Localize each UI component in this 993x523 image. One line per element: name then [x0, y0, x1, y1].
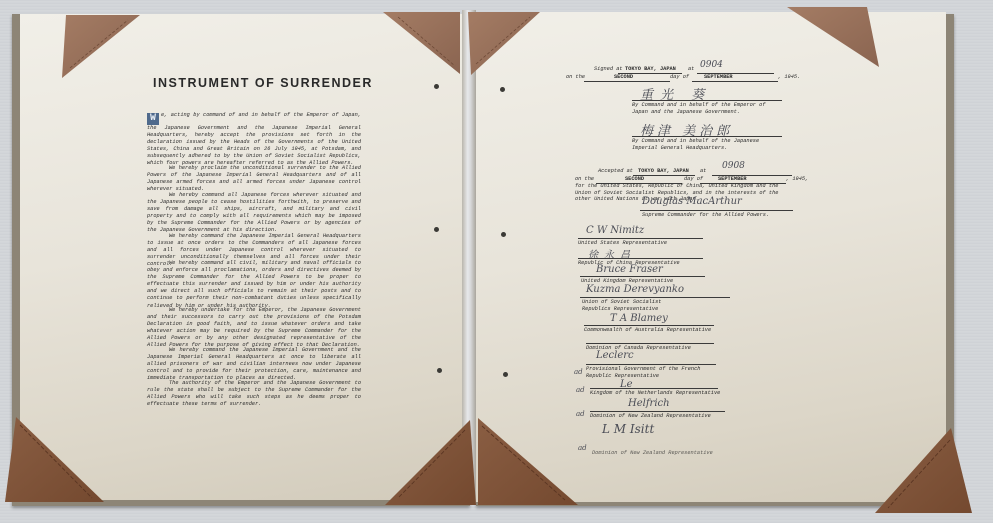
accepted-place: TOKYO BAY, JAPAN	[638, 168, 689, 174]
signed-day-of: day of	[670, 74, 689, 81]
accepted-day-of: day of	[684, 176, 703, 183]
signed-prefix: Signed at	[594, 66, 623, 73]
margin-mark: ad	[576, 386, 585, 394]
paragraph-proclaim: We hereby proclaim the unconditional sur…	[147, 165, 361, 193]
nz-rep-caption: Dominion of New Zealand Representative	[590, 413, 711, 420]
signature-line	[580, 297, 730, 298]
signed-time: 0904	[700, 60, 723, 70]
punch-hole	[434, 84, 439, 89]
signature-fraser: Bruce Fraser	[596, 264, 663, 275]
paragraph-potsdam: We hereby undertake for the Emperor, the…	[147, 307, 361, 350]
accepted-day: SECOND	[625, 176, 644, 182]
signed-day: SECOND	[614, 74, 633, 80]
accepted-on-the: on the	[575, 176, 594, 183]
accepted-month: SEPTEMBER	[718, 176, 747, 182]
signature-line	[586, 343, 714, 344]
paragraph-prisoners: We hereby command the Japanese Imperial …	[147, 347, 361, 382]
punch-hole	[503, 372, 508, 377]
signature-line	[632, 136, 782, 137]
signature-isitt: L M Isitt	[602, 422, 654, 436]
signature-line	[580, 276, 705, 277]
signature-line	[578, 258, 703, 259]
supreme-commander-caption: Supreme Commander for the Allied Powers.	[642, 212, 769, 219]
signature-helfrich: Helfrich	[628, 398, 670, 409]
signature-macarthur: Douglas MacArthur	[642, 196, 742, 207]
japan-signature-caption: By Command and in behalf of the Emperor …	[632, 102, 782, 115]
signed-month: SEPTEMBER	[704, 74, 733, 80]
australia-rep-caption: Commonwealth of Australia Representative	[584, 327, 711, 334]
punch-hole	[500, 87, 505, 92]
punch-hole	[501, 232, 506, 237]
signature-leclerc: Leclerc	[596, 350, 634, 361]
signed-at-label: at	[688, 66, 694, 73]
nz-rep-caption-handwritten: Dominion of New Zealand Representative	[592, 450, 713, 457]
margin-mark: ad	[574, 368, 583, 376]
accepted-time: 0908	[722, 161, 745, 171]
document-title: INSTRUMENT OF SURRENDER	[153, 76, 373, 90]
signature-derevyanko: Kuzma Derevyanko	[586, 284, 684, 295]
dropcap: W	[147, 113, 159, 125]
signed-place: TOKYO BAY, JAPAN	[625, 66, 676, 72]
accepted-prefix: Accepted at	[598, 168, 633, 175]
paragraph-cease-hostilities: We hereby command all Japanese forces wh…	[147, 192, 361, 235]
signature-line	[578, 238, 703, 239]
japan-hq-caption: By Command and in behalf of the Japanese…	[632, 138, 772, 151]
punch-hole	[434, 227, 439, 232]
accepted-at-label: at	[700, 168, 706, 175]
signature-line	[590, 411, 725, 412]
france-rep-caption: Provisional Government of the French Rep…	[586, 366, 706, 379]
signature-line	[590, 388, 718, 389]
signature-nimitz: C W Nimitz	[586, 225, 644, 236]
punch-hole	[437, 368, 442, 373]
signature-line	[632, 100, 782, 101]
paragraph-authority: The authority of the Emperor and the Jap…	[147, 380, 361, 408]
spine-gap	[462, 10, 476, 505]
margin-mark: ad	[578, 444, 587, 452]
signature-blamey: T A Blamey	[610, 313, 668, 324]
signed-day-line	[584, 81, 670, 82]
signed-month-line	[692, 81, 778, 82]
signed-year: , 1945.	[778, 74, 800, 81]
paragraph-text: e, acting by command of and in behalf of…	[147, 112, 361, 166]
margin-mark: ad	[576, 410, 585, 418]
signature-line	[586, 364, 716, 365]
signed-on-the: on the	[566, 74, 585, 81]
ussr-rep-caption: Union of Soviet Socialist Republics Repr…	[582, 299, 692, 312]
paragraph-preamble: We, acting by command of and in behalf o…	[147, 112, 361, 168]
accepted-year: , 1945,	[786, 176, 808, 183]
netherlands-rep-caption: Kingdom of the Netherlands Representativ…	[590, 390, 720, 397]
signature-line	[640, 210, 793, 211]
paragraph-officials: We hereby command all civil, military an…	[147, 260, 361, 310]
signature-line	[584, 325, 714, 326]
